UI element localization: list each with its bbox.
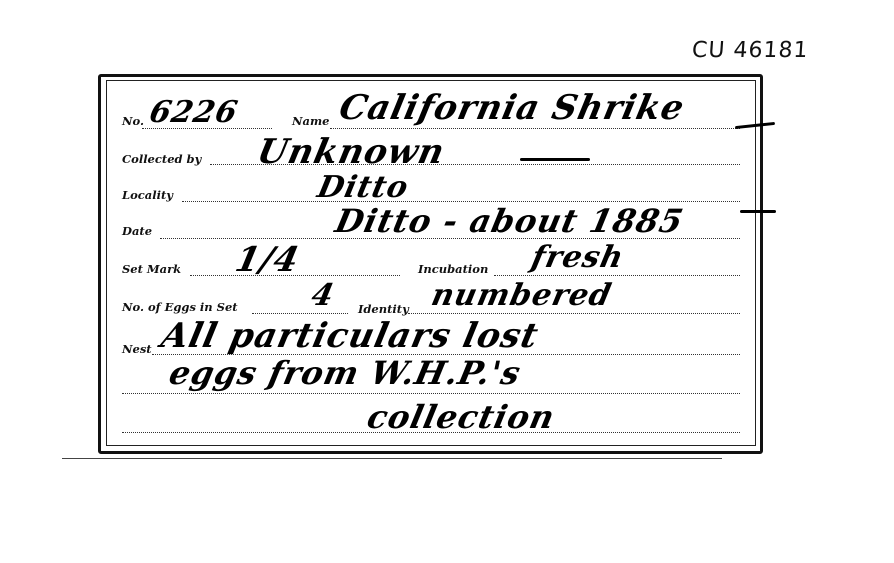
date-tail-stroke xyxy=(740,210,776,213)
collected-by-value: Unknown xyxy=(254,132,449,172)
name-line xyxy=(330,128,740,129)
name-value: California Shrike xyxy=(336,88,688,128)
catalog-number: CU 46181 xyxy=(691,38,809,63)
set-mark-label: Set Mark xyxy=(122,262,181,276)
locality-value: Ditto xyxy=(314,170,412,205)
card-shadow-line xyxy=(62,458,722,459)
nest-line-2 xyxy=(122,393,740,394)
nest-value-line-2: eggs from W.H.P.'s xyxy=(166,354,524,392)
name-label: Name xyxy=(292,114,329,128)
eggs-in-set-line xyxy=(252,313,348,314)
identity-line xyxy=(408,313,740,314)
incubation-value: fresh xyxy=(528,240,627,275)
date-value: Ditto - about 1885 xyxy=(332,202,687,240)
incubation-label: Incubation xyxy=(418,262,488,276)
identity-label: Identity xyxy=(358,302,409,316)
locality-label: Locality xyxy=(122,188,173,202)
nest-value-line-3: collection xyxy=(364,398,559,436)
date-label: Date xyxy=(122,224,152,238)
incubation-line xyxy=(494,275,740,276)
identity-value: numbered xyxy=(428,278,615,313)
nest-value-line-1: All particulars lost xyxy=(158,316,543,356)
eggs-in-set-label: No. of Eggs in Set xyxy=(122,300,238,314)
collected-by-tail-stroke xyxy=(520,158,590,161)
nest-label: Nest xyxy=(122,342,152,356)
set-mark-value: 1/4 xyxy=(232,240,303,280)
number-value: 6226 xyxy=(146,95,241,130)
number-label: No. xyxy=(122,114,144,128)
collected-by-label: Collected by xyxy=(122,152,201,166)
